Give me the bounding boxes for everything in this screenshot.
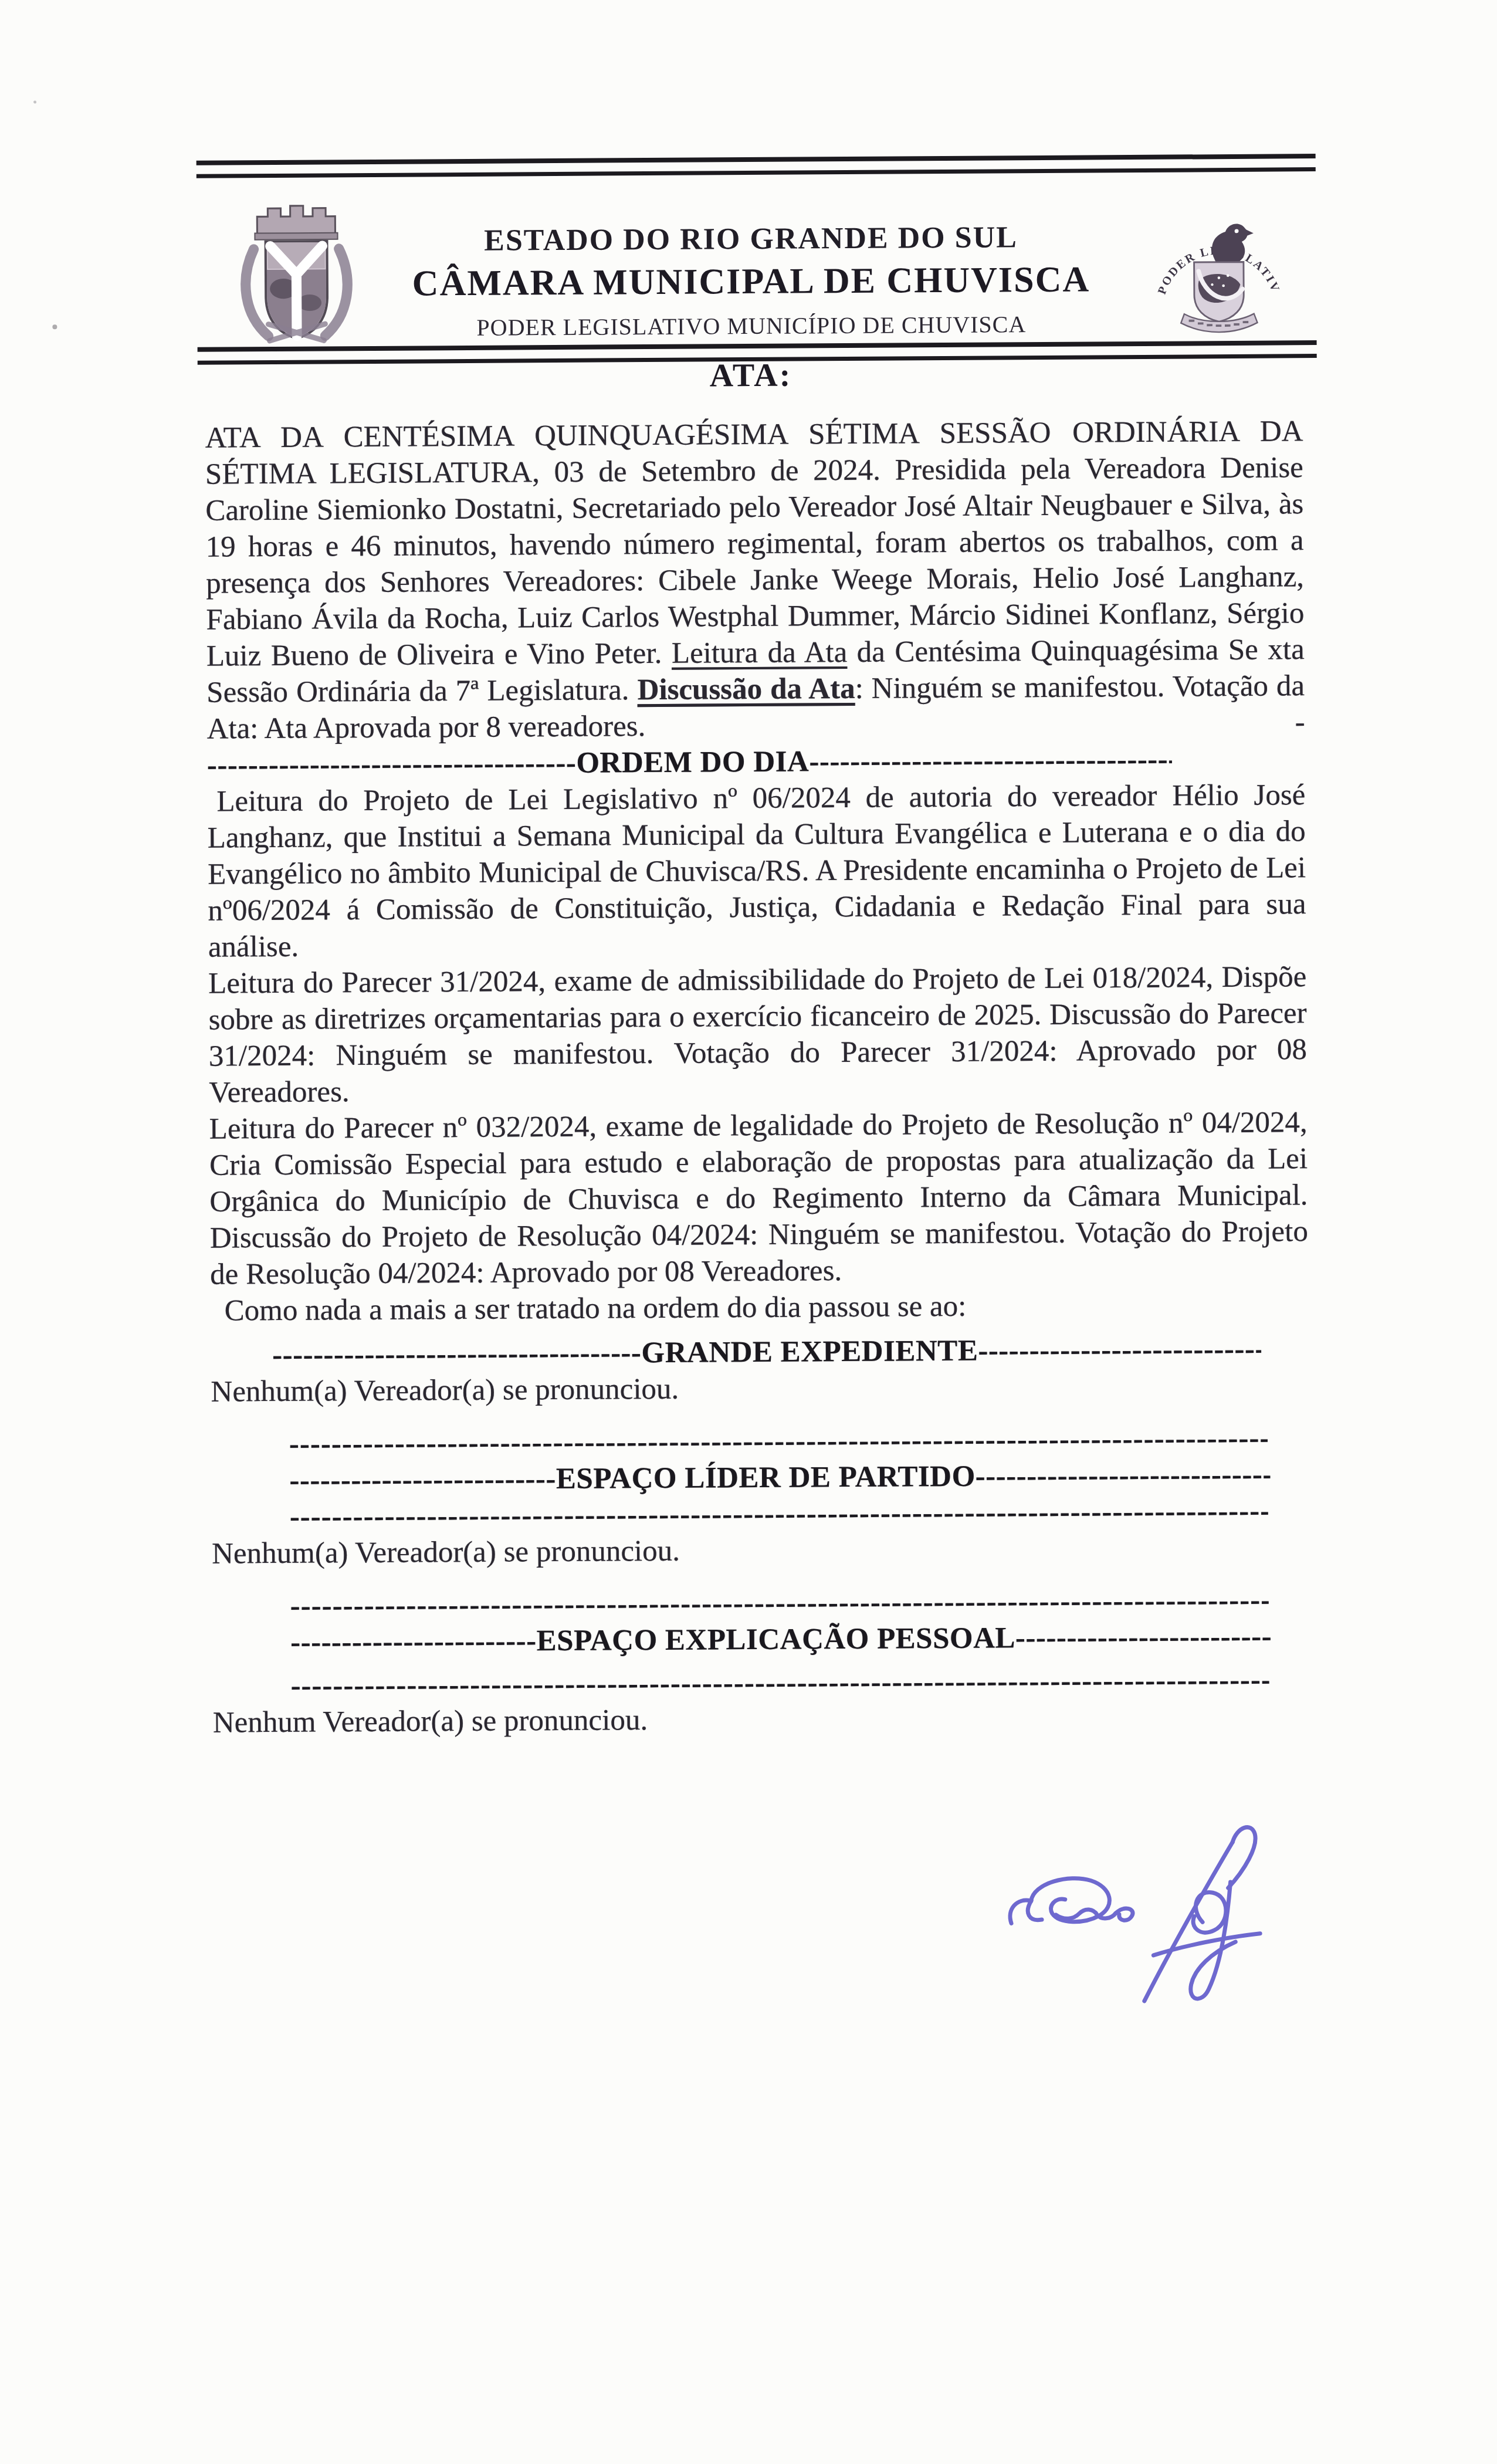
- legislative-seal-icon: PODER LEGISLATIVO MUNICIPAL: [1151, 201, 1286, 341]
- margin-dash: -: [1295, 704, 1305, 740]
- paragraph-parecer-31-2024: Leitura do Parecer 31/2024, exame de adm…: [208, 959, 1307, 1111]
- seal-bird-eye: [1235, 229, 1239, 233]
- dashed-divider-2: ----------------------------------------…: [290, 1493, 1268, 1535]
- paragraph-projeto-lei-06-2024: Leitura do Projeto de Lei Legislativo nº…: [207, 777, 1306, 965]
- no-statement-line-1: Nenhum(a) Vereador(a) se pronunciou.: [211, 1367, 1309, 1410]
- handwritten-signatures: [967, 1806, 1297, 2013]
- scan-speck: [33, 100, 36, 103]
- header-chamber-line: CÂMARA MUNICIPAL DE CHUVISCA: [304, 258, 1198, 305]
- scanned-document-page: ESTADO DO RIO GRANDE DO SUL CÂMARA MUNIC…: [0, 0, 1497, 2464]
- header-text-block: ESTADO DO RIO GRANDE DO SUL CÂMARA MUNIC…: [303, 219, 1198, 342]
- signature-left-ink: [1010, 1878, 1133, 1923]
- section-heading-grande-expediente: ------------------------------------GRAN…: [272, 1331, 1261, 1373]
- dashed-divider-4: ----------------------------------------…: [290, 1662, 1269, 1704]
- paragraph-session-intro: ATA DA CENTÉSIMA QUINQUAGÉSIMA SÉTIMA SE…: [205, 413, 1305, 747]
- seal-bird-beak: [1244, 229, 1253, 237]
- signature-right-ink: [1143, 1827, 1261, 2001]
- section-heading-espaco-explicacao-pessoal: ------------------------ESPAÇO EXPLICAÇÃ…: [290, 1619, 1271, 1661]
- paragraph-closing-ordem: Como nada a mais a ser tratado na ordem …: [210, 1286, 1308, 1329]
- scan-speck: [52, 324, 57, 329]
- seal-star-1: [1218, 276, 1221, 279]
- section-heading-ordem-do-dia: ------------------------------------ORDE…: [207, 742, 1172, 784]
- seal-star-2: [1227, 274, 1230, 277]
- no-statement-final: Nenhum Vereador(a) se pronunciou.: [213, 1698, 1311, 1741]
- no-statement-line-2: Nenhum(a) Vereador(a) se pronunciou.: [212, 1529, 1310, 1572]
- header-state-line: ESTADO DO RIO GRANDE DO SUL: [303, 219, 1198, 259]
- dashed-divider-3: ----------------------------------------…: [290, 1582, 1269, 1624]
- paragraph-parecer-032-2024: Leitura do Parecer nº 032/2024, exame de…: [209, 1104, 1309, 1292]
- document-header: ESTADO DO RIO GRANDE DO SUL CÂMARA MUNIC…: [198, 172, 1316, 347]
- seal-star-4: [1211, 283, 1213, 286]
- document-body: ATA DA CENTÉSIMA QUINQUAGÉSIMA SÉTIMA SE…: [205, 413, 1311, 1741]
- underlined-leitura-da-ata: Leitura da Ata: [672, 636, 848, 670]
- dashed-divider-1: ----------------------------------------…: [289, 1420, 1268, 1463]
- scan-content: ESTADO DO RIO GRANDE DO SUL CÂMARA MUNIC…: [0, 0, 1497, 2464]
- seal-star-3: [1222, 285, 1225, 287]
- bold-discussao-da-ata: Discussão da Ata: [637, 672, 855, 706]
- header-legislative-line: PODER LEGISLATIVO MUNICÍPIO DE CHUVISCA: [304, 309, 1198, 342]
- section-heading-espaco-lider-de-partido: --------------------------ESPAÇO LÍDER D…: [289, 1457, 1270, 1499]
